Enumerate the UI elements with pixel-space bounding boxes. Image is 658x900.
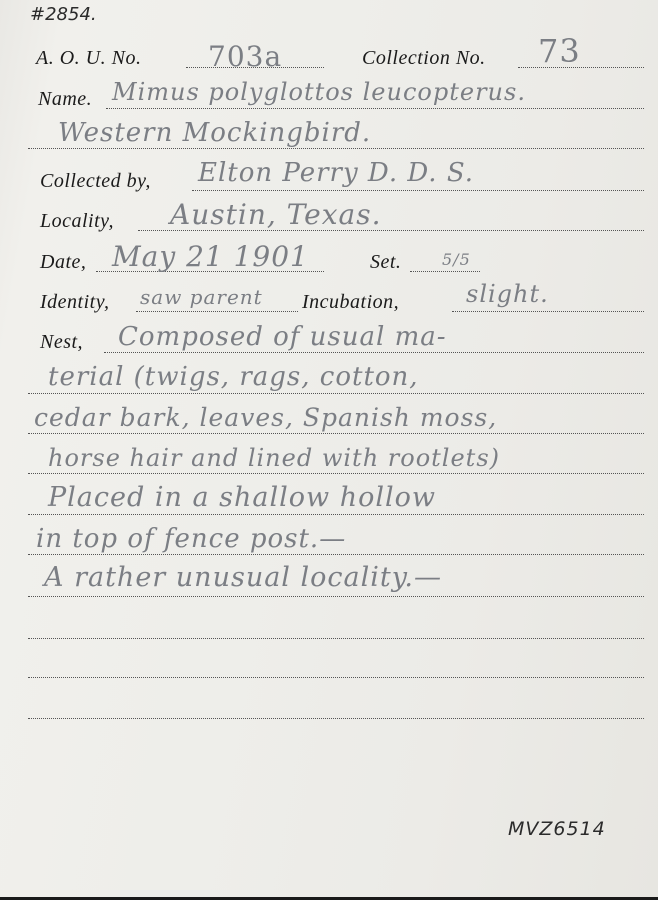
nest-label: Nest, bbox=[40, 331, 83, 354]
nest-field-line-7 bbox=[28, 596, 644, 597]
nest-text-line-7: A rather unusual locality.— bbox=[44, 562, 442, 593]
locality-value: Austin, Texas. bbox=[170, 198, 382, 231]
collected-by-label: Collected by, bbox=[40, 170, 151, 193]
identity-value: saw parent bbox=[140, 285, 263, 309]
card-number: #2854. bbox=[30, 4, 97, 25]
locality-label: Locality, bbox=[40, 210, 114, 233]
name-label: Name. bbox=[38, 88, 92, 111]
nest-field-line-4 bbox=[28, 473, 644, 474]
date-label: Date, bbox=[40, 251, 86, 274]
aou-label: A. O. U. No. bbox=[36, 47, 141, 70]
nest-field-line-3 bbox=[28, 433, 644, 434]
blank-line-8 bbox=[28, 638, 644, 639]
identity-field-line bbox=[136, 311, 298, 312]
nest-field-line-5 bbox=[28, 514, 644, 515]
name-field-line bbox=[106, 108, 644, 109]
set-label: Set. bbox=[370, 251, 401, 274]
nest-text-line-3: cedar bark, leaves, Spanish moss, bbox=[34, 403, 497, 432]
incubation-value: slight. bbox=[466, 280, 549, 308]
nest-text-line-5: Placed in a shallow hollow bbox=[48, 482, 436, 513]
collection-field-line bbox=[518, 67, 644, 68]
name-field-line-2 bbox=[28, 148, 644, 149]
date-value: May 21 1901 bbox=[112, 240, 309, 273]
incubation-field-line bbox=[452, 311, 644, 312]
identity-label: Identity, bbox=[40, 291, 109, 314]
set-value: 5/5 bbox=[442, 250, 471, 269]
nest-text-line-2: terial (twigs, rags, cotton, bbox=[48, 362, 419, 392]
specimen-data-card: #2854. A. O. U. No. 703a Collection No. … bbox=[0, 0, 658, 897]
nest-field-line-6 bbox=[28, 554, 644, 555]
name-value-scientific: Mimus polyglottos leucopterus. bbox=[112, 78, 526, 106]
nest-text-line-1: Composed of usual ma- bbox=[118, 322, 447, 352]
nest-field-line-1 bbox=[104, 352, 644, 353]
collected-by-value: Elton Perry D. D. S. bbox=[198, 158, 474, 188]
blank-line-10 bbox=[28, 718, 644, 719]
catalog-number: MVZ6514 bbox=[508, 818, 606, 840]
blank-line-9 bbox=[28, 677, 644, 678]
incubation-label: Incubation, bbox=[302, 291, 399, 314]
collected-by-field-line bbox=[192, 190, 644, 191]
nest-text-line-6: in top of fence post.— bbox=[36, 524, 346, 554]
set-field-line bbox=[410, 271, 480, 272]
collection-label: Collection No. bbox=[362, 47, 486, 70]
nest-field-line-2 bbox=[28, 393, 644, 394]
collection-value: 73 bbox=[538, 32, 581, 70]
nest-text-line-4: horse hair and lined with rootlets) bbox=[48, 444, 500, 472]
name-value-common: Western Mockingbird. bbox=[58, 118, 371, 148]
aou-value: 703a bbox=[208, 40, 282, 73]
